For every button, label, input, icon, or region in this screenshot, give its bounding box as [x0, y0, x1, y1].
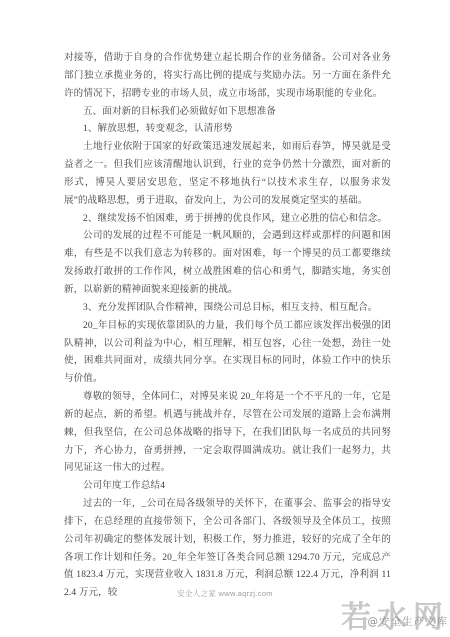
- paragraph-continuation: 对接等，借助于自身的合作优势建立起长期合作的业务储备。公司对各业务部门独立承揽业…: [64, 50, 391, 104]
- subsection-heading-3: 3、充分发挥团队合作精神，围绕公司总目标，相互支持、相互配合。: [64, 300, 391, 318]
- section-heading-five: 五、面对新的目标我们必须做好如下思想准备: [64, 104, 391, 122]
- watermark-large-text: 若水网: [341, 601, 449, 635]
- paragraph: 20_年目标的实现依靠团队的力量，我们每个员工都应该发挥出极强的团队精神，以公司…: [64, 318, 391, 389]
- paragraph: 土地行业依附于国家的好政策迅速发展起来，如雨后春笋，博昊就是受益者之一。但我们应…: [64, 139, 391, 210]
- paragraph: 公司的发展的过程不可能是一帆风顺的，会遇到这样或那样的问题和困难，有些是不以我们…: [64, 228, 391, 299]
- document-page: 对接等，借助于自身的合作优势建立起长期合作的业务储备。公司对各业务部门独立承揽业…: [64, 50, 391, 603]
- subsection-heading-2: 2、继续发扬不怕困难，勇于拼搏的优良作风，建立必胜的信心和信念。: [64, 211, 391, 229]
- summary-title-4: 公司年度工作总结4: [64, 478, 391, 496]
- subsection-heading-1: 1、解放思想，转变观念，认清形势: [64, 121, 391, 139]
- footer-site-label: 安全人之家 www.aqrzj.com: [0, 588, 450, 599]
- paragraph-closing: 尊敬的领导，全体同仁，对博昊来说 20_年将是一个不平凡的一年，它是新的起点，新…: [64, 389, 391, 478]
- watermark-small-text: @安全生产文库: [368, 614, 449, 629]
